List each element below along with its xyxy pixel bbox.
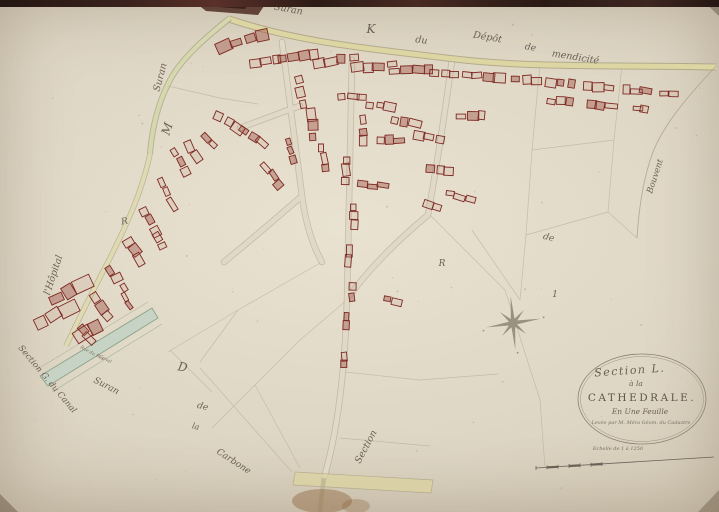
label-section-k: K <box>366 22 377 36</box>
label-section-bottom: Section <box>353 428 380 465</box>
scale-note: Echelle de 1 à 1250 <box>592 445 644 452</box>
canal <box>40 308 158 386</box>
scale-bar <box>536 457 714 470</box>
label-river-suran-canal: Suran <box>92 376 121 397</box>
label-section-m: M <box>158 120 176 138</box>
label-letter-d: D <box>176 359 189 375</box>
aging-layer <box>0 0 719 512</box>
cartouche-surveyor: Levée par M. Méra Géom. du Cadastre <box>591 419 691 426</box>
cartouche: Section L. à la CATHEDRALE. En Une Feuil… <box>578 354 706 444</box>
map-svg: Section L. à la CATHEDRALE. En Une Feuil… <box>0 0 719 512</box>
corner-shadow-br <box>698 490 719 512</box>
label-du: du <box>415 34 429 47</box>
cartouche-section-title: Section L. <box>594 362 666 380</box>
label-depot: Dépôt <box>471 29 502 45</box>
label-number-1: 1 <box>552 290 558 300</box>
streets-layer <box>224 42 452 478</box>
cartouche-a-la: à la <box>629 379 643 388</box>
label-bouvent: Bouvent <box>645 157 666 195</box>
compass-rose-icon <box>480 293 548 356</box>
cartouche-cathedrale: CATHEDRALE. <box>588 392 696 404</box>
label-carbone: Carbone <box>214 447 252 477</box>
roads-layer <box>66 18 716 512</box>
label-de-mid: de <box>196 401 209 414</box>
label-canal: Canal <box>98 353 113 365</box>
corner-shadow-bl <box>0 494 18 512</box>
binding-edge <box>0 0 719 7</box>
label-la-mid: la <box>191 421 201 432</box>
cadastral-map-page: Section L. à la CATHEDRALE. En Une Feuil… <box>0 0 719 512</box>
cartouche-feuille: En Une Feuille <box>611 407 669 416</box>
label-de-right: de <box>542 232 555 245</box>
label-section-canal: Section G. du Canal <box>16 344 79 416</box>
label-de-top: de <box>524 42 537 54</box>
label-letter-r-mid: R <box>438 259 446 269</box>
